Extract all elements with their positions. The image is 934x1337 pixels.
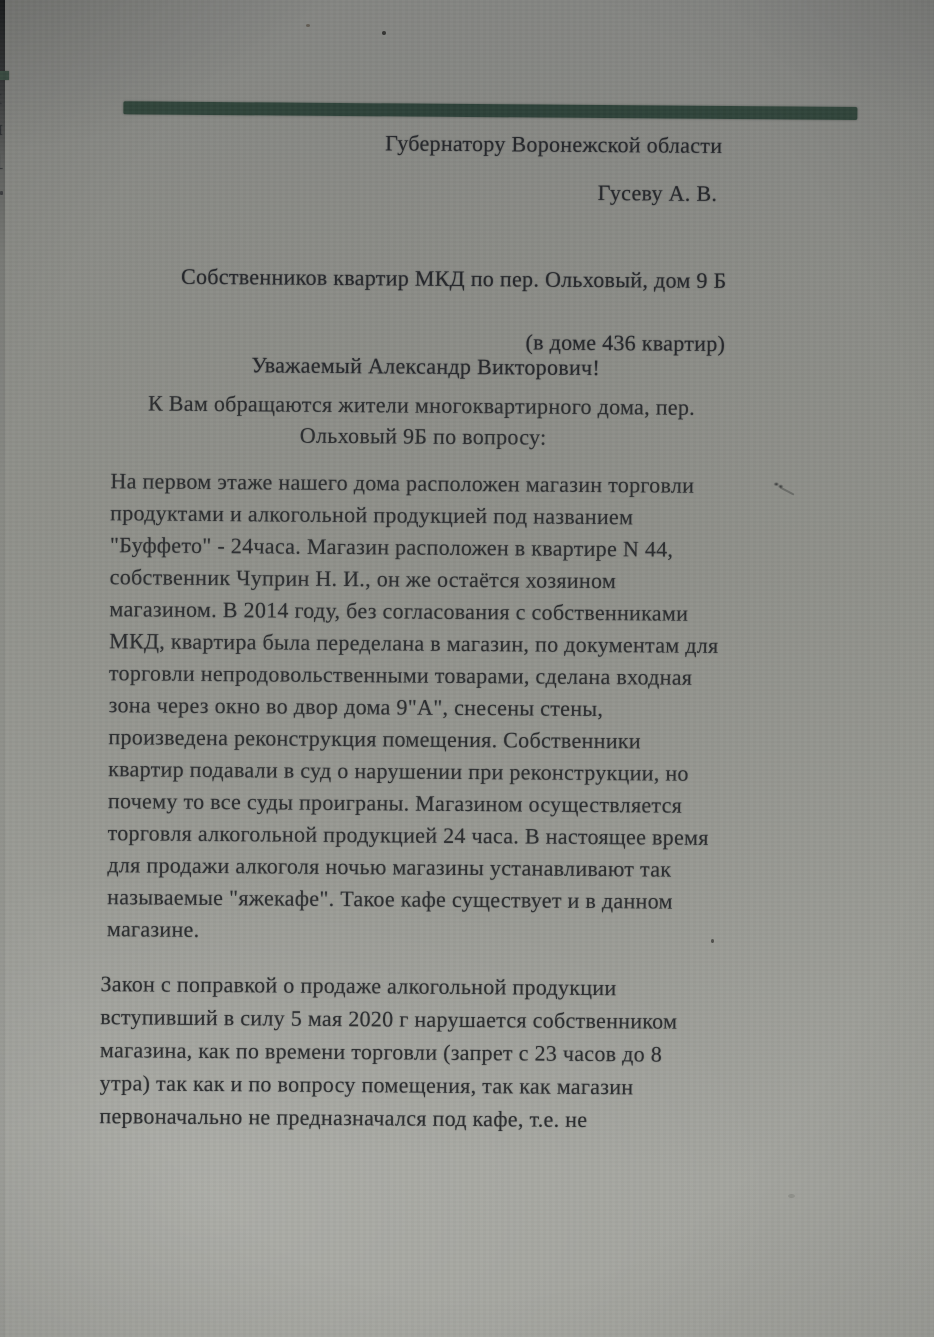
- sender-line-address: Собственников квартир МКД по пер. Ольхов…: [181, 264, 727, 294]
- recipient-line-name: Гусеву А. В.: [598, 180, 718, 207]
- underlying-text-fragment-2: п: [0, 117, 3, 139]
- dust-speck: [711, 939, 714, 943]
- intro-line-2: Ольховый 9Б по вопросу:: [300, 423, 547, 451]
- sender-line-apartments: (в доме 436 квартир): [525, 329, 725, 357]
- underlying-text-fragment-3: 1: [0, 151, 4, 173]
- underlying-text-fragment-1: х: [0, 86, 2, 108]
- green-header-bar: [123, 101, 857, 120]
- photographed-letter: Губернатору Воронежской области Гусеву А…: [0, 0, 934, 1337]
- smudge-mark: [788, 1194, 795, 1198]
- dust-speck: [382, 31, 386, 35]
- underlying-green-bar-fragment: [0, 71, 9, 80]
- body-paragraph-2: Закон с поправкой о продаже алкогольной …: [99, 967, 677, 1137]
- letter-sheet: Губернатору Воронежской области Гусеву А…: [0, 0, 934, 1337]
- underlying-text-fragment-dot: [0, 191, 3, 195]
- body-paragraph-1: На первом этаже нашего дома расположен м…: [107, 465, 720, 950]
- recipient-line-title: Губернатору Воронежской области: [385, 130, 722, 159]
- dust-speck: [306, 24, 310, 27]
- intro-line-1: К Вам обращаются жители многоквартирного…: [148, 390, 695, 420]
- salutation-line: Уважаемый Александр Викторович!: [251, 352, 600, 381]
